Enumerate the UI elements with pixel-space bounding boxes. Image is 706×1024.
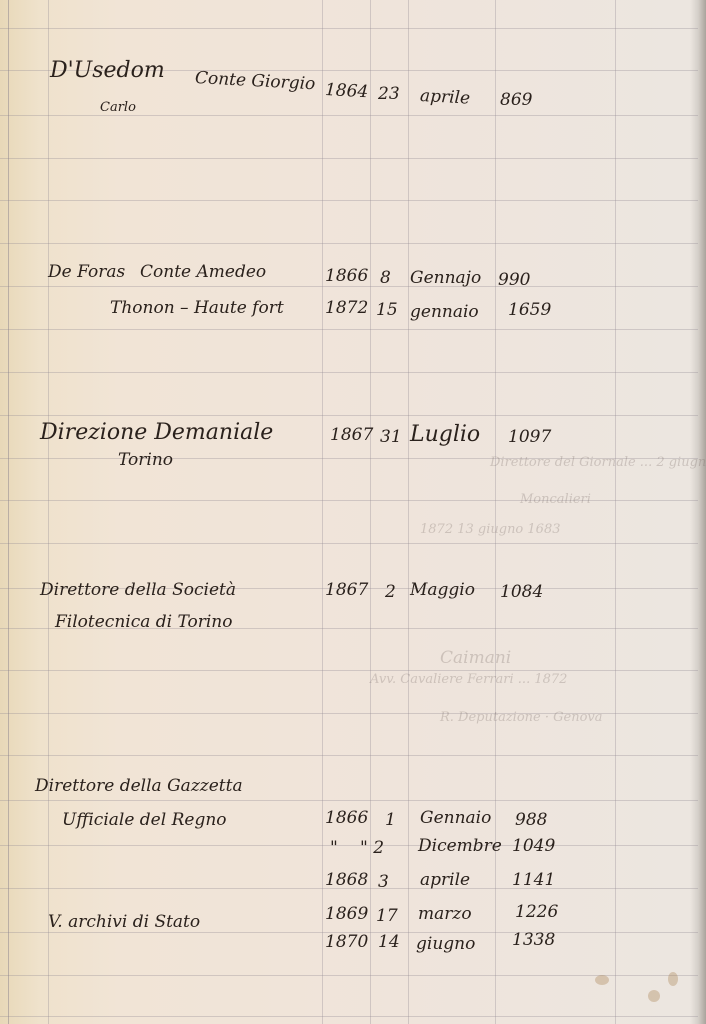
entry-number: 988 bbox=[515, 810, 547, 830]
entry-name: Direttore della Gazzetta bbox=[35, 776, 243, 796]
ruled-line bbox=[0, 845, 700, 846]
entry-year: " bbox=[330, 838, 338, 858]
column-rule bbox=[370, 0, 371, 1024]
ledger-page: Caimani Avv. Cavaliere Ferrari ... 1872 … bbox=[0, 0, 706, 1024]
paper-stain bbox=[668, 972, 678, 986]
entry-sub-year: 1872 bbox=[325, 298, 368, 318]
ruled-line bbox=[0, 200, 700, 201]
entry-year: 1866 bbox=[325, 266, 368, 286]
entry-day: 3 bbox=[378, 872, 389, 892]
ruled-line bbox=[0, 158, 700, 159]
entry-number: 1097 bbox=[508, 427, 551, 447]
entry-year: 1869 bbox=[325, 904, 368, 924]
ruled-line bbox=[0, 28, 700, 29]
entry-month: Dicembre bbox=[418, 836, 502, 856]
entry-number: 1141 bbox=[512, 870, 555, 890]
entry-year: 1867 bbox=[330, 425, 373, 445]
column-rule bbox=[615, 0, 616, 1024]
entry-month: Gennajo bbox=[410, 268, 481, 288]
entry-year: 1870 bbox=[325, 932, 368, 952]
entry-day: 23 bbox=[378, 84, 400, 104]
entry-number: 1084 bbox=[500, 582, 543, 602]
entry-detail-line2: Torino bbox=[118, 450, 173, 470]
entry-sub-place: Thonon – Haute fort bbox=[110, 298, 284, 318]
entry-name: D'Usedom bbox=[50, 58, 165, 83]
entry-day: 17 bbox=[376, 906, 398, 926]
ruled-line bbox=[0, 329, 700, 330]
entry-detail-line2: Ufficiale del Regno bbox=[62, 810, 227, 830]
ruled-line bbox=[0, 800, 700, 801]
entry-month: Gennaio bbox=[420, 808, 491, 828]
entry-day: 1 bbox=[385, 810, 396, 830]
entry-month: aprile bbox=[419, 86, 470, 109]
entry-year: 1866 bbox=[325, 808, 368, 828]
column-rule bbox=[495, 0, 496, 1024]
ruled-line bbox=[0, 670, 700, 671]
entry-number: 869 bbox=[500, 90, 532, 110]
bleed-through-text: Avv. Cavaliere Ferrari ... 1872 bbox=[370, 672, 567, 687]
bleed-through-text: Caimani bbox=[440, 648, 511, 668]
page-edge bbox=[698, 0, 706, 1024]
entry-sub-number: 1659 bbox=[508, 300, 551, 320]
margin-rule bbox=[8, 0, 9, 1024]
ruled-line bbox=[0, 286, 700, 287]
entry-name: De Foras bbox=[48, 262, 125, 282]
ruled-line bbox=[0, 1016, 700, 1017]
entry-day: " 2 bbox=[360, 838, 384, 858]
entry-month: Luglio bbox=[410, 422, 480, 447]
entry-sub-day: 15 bbox=[376, 300, 398, 320]
entry-number: 1049 bbox=[512, 836, 555, 856]
ruled-line bbox=[0, 500, 700, 501]
entry-day: 14 bbox=[378, 932, 400, 952]
entry-day: 2 bbox=[385, 582, 396, 602]
ruled-line bbox=[0, 115, 700, 116]
entry-month: Maggio bbox=[410, 580, 475, 600]
column-rule bbox=[408, 0, 409, 1024]
entry-year: 1864 bbox=[324, 80, 368, 102]
entry-detail: Conte Amedeo bbox=[140, 262, 266, 282]
entry-day: 31 bbox=[380, 427, 402, 447]
paper-stain bbox=[595, 975, 609, 985]
ruled-line bbox=[0, 975, 700, 976]
entry-detail-line2: Filotecnica di Torino bbox=[55, 612, 233, 632]
ruled-line bbox=[0, 415, 700, 416]
ruled-line bbox=[0, 543, 700, 544]
entry-number: 1338 bbox=[512, 930, 555, 950]
entry-month: giugno bbox=[416, 934, 475, 954]
bleed-through-text: 1872 13 giugno 1683 bbox=[420, 522, 560, 537]
entry-sub-month: gennaio bbox=[410, 302, 479, 322]
entry-year: 1868 bbox=[325, 870, 368, 890]
bleed-through-text: Moncalieri bbox=[520, 492, 591, 507]
ruled-line bbox=[0, 755, 700, 756]
entry-year: 1867 bbox=[325, 580, 368, 600]
column-rule bbox=[48, 0, 49, 1024]
entry-name: Direzione Demaniale bbox=[40, 420, 273, 445]
entry-detail: Conte Giorgio bbox=[194, 68, 315, 94]
bleed-through-text: Direttore del Giornale ... 2 giugno bbox=[490, 455, 706, 470]
column-rule bbox=[322, 0, 323, 1024]
entry-name: V. archivi di Stato bbox=[48, 912, 200, 932]
entry-month: marzo bbox=[418, 904, 472, 924]
entry-detail-line2: Carlo bbox=[100, 100, 136, 115]
entry-number: 990 bbox=[498, 270, 530, 290]
ruled-line bbox=[0, 243, 700, 244]
bleed-through-text: R. Deputazione · Genova bbox=[440, 710, 603, 725]
paper-stain bbox=[648, 990, 660, 1002]
entry-day: 8 bbox=[380, 268, 391, 288]
entry-number: 1226 bbox=[515, 902, 558, 922]
entry-name: Direttore della Società bbox=[40, 580, 236, 600]
entry-month: aprile bbox=[420, 870, 470, 890]
ruled-line bbox=[0, 372, 700, 373]
